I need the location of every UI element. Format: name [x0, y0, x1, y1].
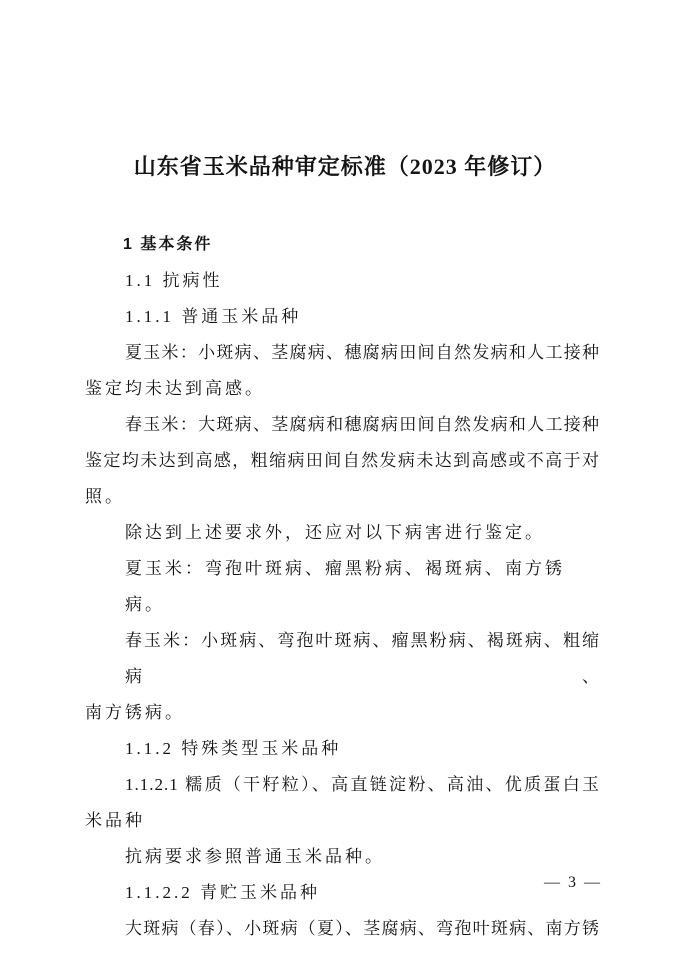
document-line: 1.1.2 特殊类型玉米品种	[85, 731, 600, 767]
document-line: 南方锈病。	[85, 695, 600, 731]
document-line: 除达到上述要求外，还应对以下病害进行鉴定。	[85, 515, 600, 551]
document-line: 鉴定均未达到高感，粗缩病田间自然发病未达到高感或不高于对	[85, 443, 600, 479]
document-page: 山东省玉米品种审定标准（2023 年修订） 1 基本条件 1.1 抗病性1.1.…	[0, 0, 690, 975]
document-title: 山东省玉米品种审定标准（2023 年修订）	[0, 0, 690, 187]
document-line: 1.1.2.1 糯质（干籽粒）、高直链淀粉、高油、优质蛋白玉	[85, 767, 600, 803]
document-line: 1.1 抗病性	[85, 263, 600, 299]
document-line: 1.1.2.2 青贮玉米品种	[85, 875, 600, 911]
page-number: — 3 —	[544, 872, 602, 894]
document-line: 夏玉米：弯孢叶斑病、瘤黑粉病、褐斑病、南方锈病。	[85, 551, 600, 623]
document-line: 抗病要求参照普通玉米品种。	[85, 839, 600, 875]
document-line: 大斑病（春）、小斑病（夏）、茎腐病、弯孢叶斑病、南方锈	[85, 911, 600, 947]
document-body: 1.1 抗病性1.1.1 普通玉米品种夏玉米：小斑病、茎腐病、穗腐病田间自然发病…	[85, 263, 600, 947]
document-line: 夏玉米：小斑病、茎腐病、穗腐病田间自然发病和人工接种	[85, 335, 600, 371]
document-line: 春玉米：大斑病、茎腐病和穗腐病田间自然发病和人工接种	[85, 407, 600, 443]
section-heading: 1 基本条件	[123, 233, 690, 257]
document-line: 1.1.1 普通玉米品种	[85, 299, 600, 335]
document-line: 春玉米：小斑病、弯孢叶斑病、瘤黑粉病、褐斑病、粗缩病、	[85, 623, 600, 695]
document-line: 鉴定均未达到高感。	[85, 371, 600, 407]
document-line: 米品种	[85, 803, 600, 839]
document-line: 照。	[85, 479, 600, 515]
